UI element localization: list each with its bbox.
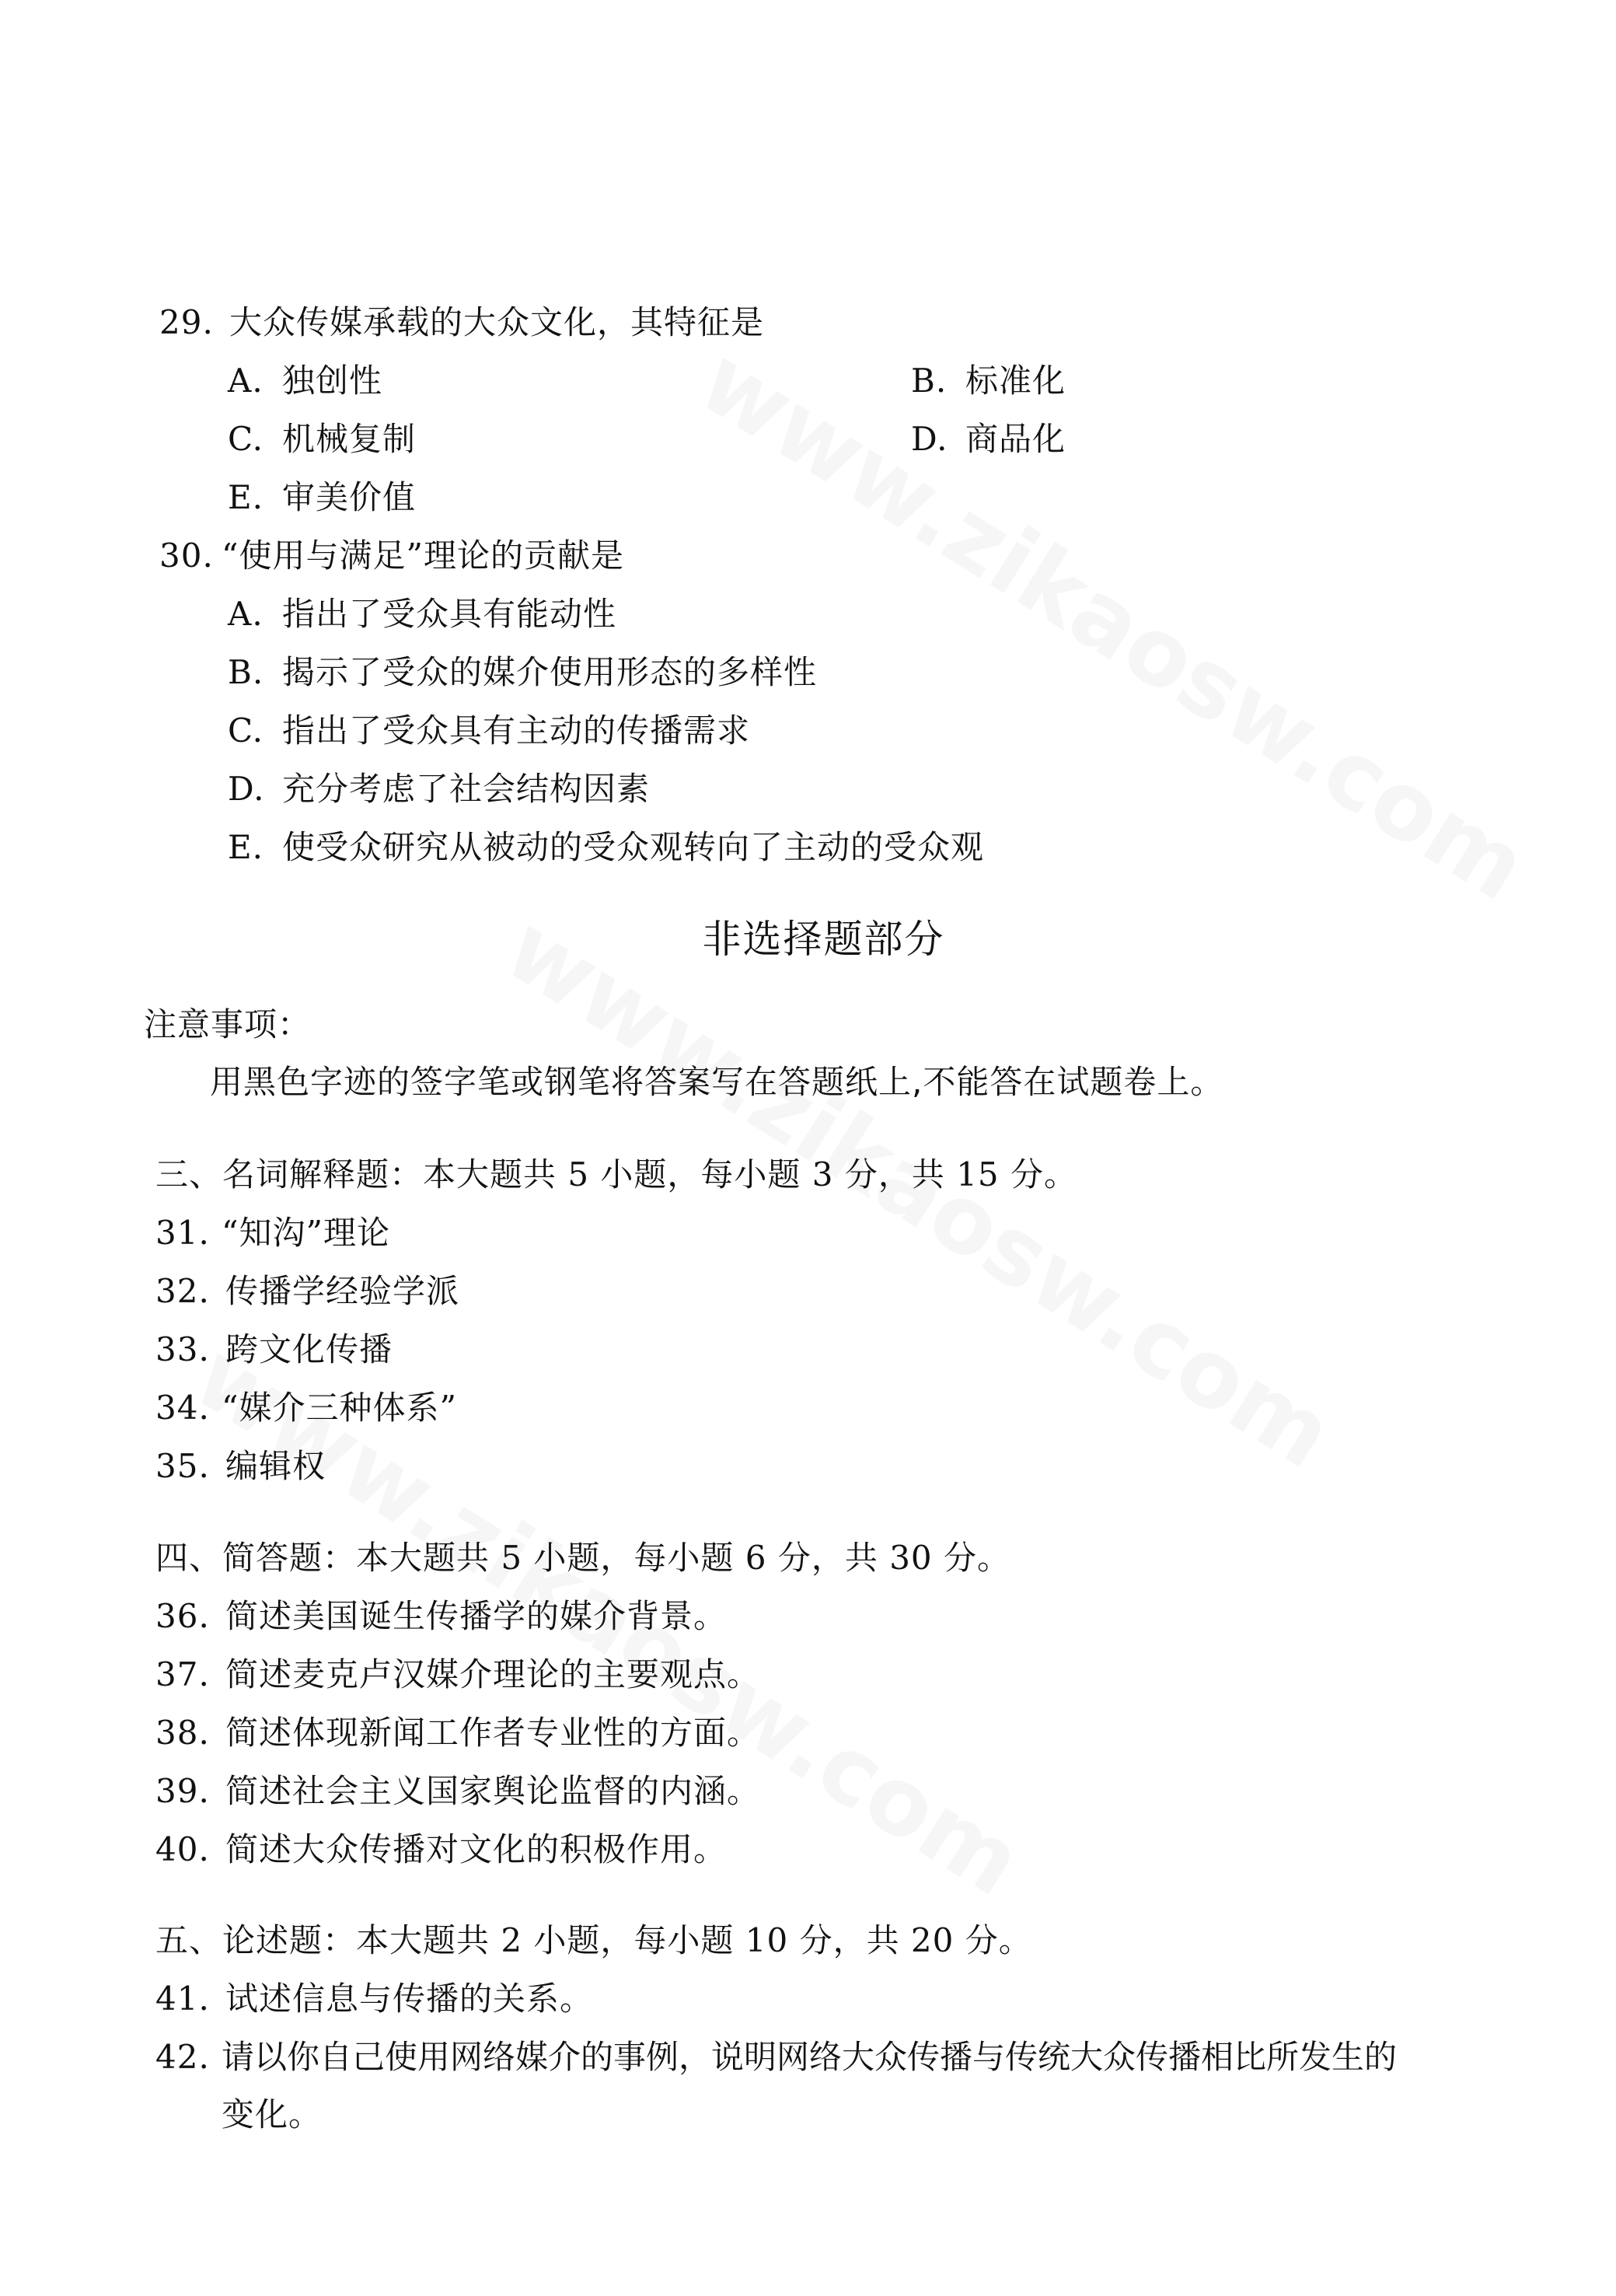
notice-heading: 注意事项：	[144, 1005, 311, 1045]
list-item: 37.简述麦克卢汉媒介理论的主要观点。	[155, 1655, 760, 1695]
list-item: 40.简述大众传播对文化的积极作用。	[155, 1829, 727, 1870]
list-item: 36.简述美国诞生传播学的媒介背景。	[155, 1596, 727, 1637]
question-number: 29.	[159, 302, 229, 343]
option-c: C.指出了受众具有主动的传播需求	[228, 711, 750, 751]
list-item: 32.传播学经验学派	[155, 1271, 459, 1312]
question-29-stem: 29.大众传媒承载的大众文化，其特征是	[159, 302, 764, 343]
option-c: C.机械复制	[228, 419, 416, 460]
question-number: 30.	[159, 536, 222, 576]
option-b: B.标准化	[911, 361, 1066, 401]
question-30-stem: 30.“使用与满足”理论的贡献是	[159, 536, 624, 576]
section-5-heading: 五、论述题：本大题共 2 小题，每小题 10 分，共 20 分。	[155, 1920, 1032, 1961]
list-item: 41.试述信息与传播的关系。	[155, 1979, 593, 2019]
part-title: 非选择题部分	[0, 916, 1616, 963]
option-e: E.使受众研究从被动的受众观转向了主动的受众观	[228, 827, 984, 868]
notice-text: 用黑色字迹的签字笔或钢笔将答案写在答题纸上,不能答在试题卷上。	[210, 1062, 1223, 1103]
list-item: 31.“知沟”理论	[155, 1213, 390, 1253]
option-d: D.商品化	[911, 419, 1066, 460]
option-e: E.审美价值	[228, 477, 416, 518]
question-text: “使用与满足”理论的贡献是	[222, 536, 624, 575]
list-item: 39.简述社会主义国家舆论监督的内涵。	[155, 1771, 760, 1812]
section-4-heading: 四、简答题：本大题共 5 小题，每小题 6 分，共 30 分。	[155, 1538, 1010, 1578]
list-item: 33.跨文化传播	[155, 1330, 393, 1370]
option-a: A.独创性	[228, 361, 382, 401]
option-a: A.指出了受众具有能动性	[228, 594, 616, 634]
list-item: 35.编辑权	[155, 1446, 326, 1487]
section-3-heading: 三、名词解释题：本大题共 5 小题，每小题 3 分，共 15 分。	[155, 1155, 1077, 1195]
list-item: 34.“媒介三种体系”	[155, 1388, 457, 1428]
question-text: 大众传媒承载的大众文化，其特征是	[229, 303, 764, 341]
list-item-continuation: 变化。	[222, 2095, 322, 2135]
list-item: 38.简述体现新闻工作者专业性的方面。	[155, 1713, 760, 1753]
option-b: B.揭示了受众的媒介使用形态的多样性	[228, 652, 817, 693]
option-d: D.充分考虑了社会结构因素	[228, 769, 650, 809]
list-item: 42.请以你自己使用网络媒介的事例，说明网络大众传播与传统大众传播相比所发生的	[155, 2037, 1397, 2078]
